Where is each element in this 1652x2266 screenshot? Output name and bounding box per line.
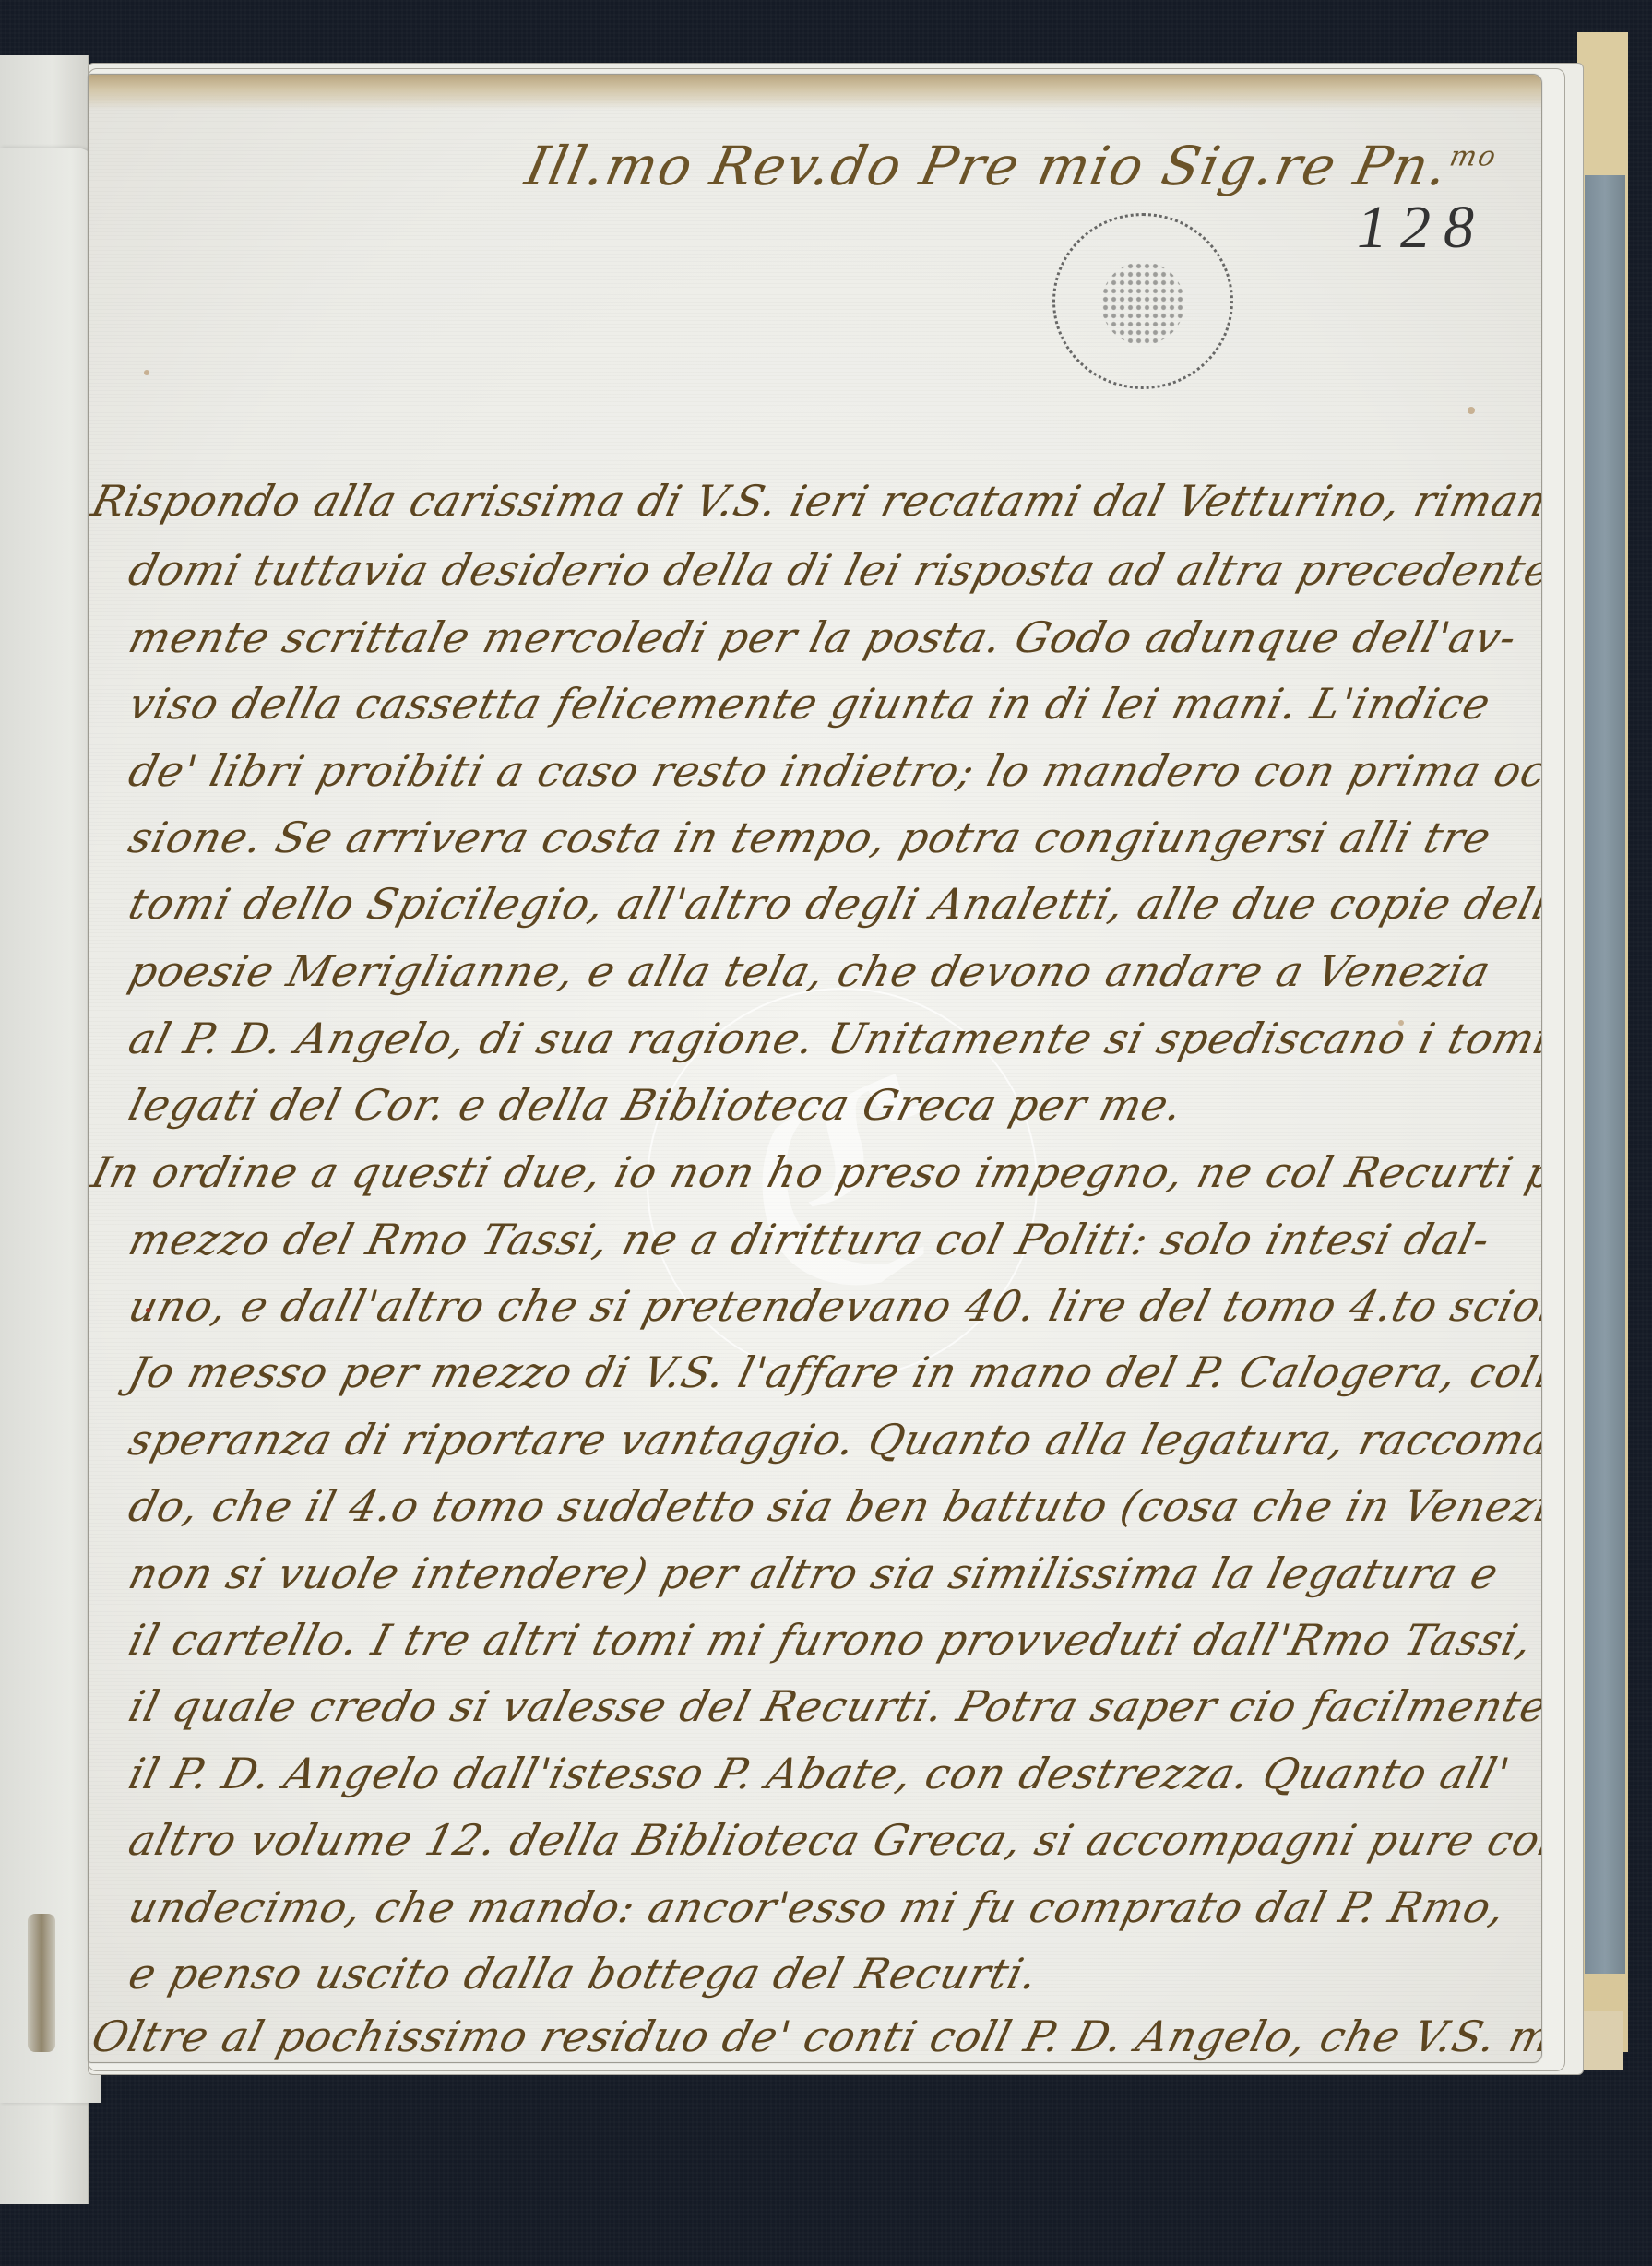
text-line: legati del Cor. e della Biblioteca Greca…	[124, 1080, 1188, 1130]
text-line: speranza di riportare vantaggio. Quanto …	[124, 1415, 1542, 1465]
text-line: il quale credo si valesse del Recurti. P…	[124, 1681, 1542, 1731]
text-line: mente scrittale mercoledi per la posta. …	[124, 612, 1522, 662]
text-line: e penso uscito dalla bottega del Recurti…	[124, 1949, 1043, 1999]
text-line: Rispondo alla carissima di V.S. ieri rec…	[88, 476, 1542, 526]
text-line: tomi dello Spicilegio, all'altro degli A…	[124, 879, 1542, 929]
library-stamp	[1052, 213, 1233, 389]
text-line: Jo messo per mezzo di V.S. l'affare in m…	[124, 1347, 1542, 1397]
salutation-text: Ill.mo Rev.do Pre mio Sig.re Pn.	[520, 135, 1456, 197]
text-line: do, che il 4.o tomo suddetto sia ben bat…	[124, 1481, 1542, 1531]
text-line: il cartello. I tre altri tomi mi furono …	[124, 1615, 1538, 1665]
text-line: de' libri proibiti a caso resto indietro…	[124, 746, 1542, 796]
salutation: Ill.mo Rev.do Pre mio Sig.re Pn.mo	[520, 135, 1502, 197]
text-line: In ordine a questi due, io non ho preso …	[88, 1147, 1542, 1197]
text-line: sione. Se arrivera costa in tempo, potra…	[124, 813, 1496, 862]
foxing-spot	[1468, 407, 1475, 414]
left-leaf-fold	[0, 148, 101, 2103]
folio-number: 128	[1357, 193, 1487, 263]
text-line: non si vuole intendere) per altro sia si…	[124, 1548, 1503, 1598]
left-water-stain	[28, 1914, 55, 2052]
text-line: il P. D. Angelo dall'istesso P. Abate, c…	[124, 1749, 1515, 1798]
text-line: domi tuttavia desiderio della di lei ris…	[124, 545, 1542, 595]
text-line: poesie Meriglianne, e alla tela, che dev…	[124, 946, 1496, 996]
text-line: viso della cassetta felicemente giunta i…	[124, 679, 1496, 729]
text-line: mezzo del Rmo Tassi, ne a dirittura col …	[124, 1215, 1495, 1264]
top-edge-stain	[89, 75, 1541, 110]
foxing-spot	[144, 370, 149, 375]
text-line: uno, e dall'altro che si pretendevano 40…	[124, 1281, 1542, 1331]
text-line: Oltre al pochissimo residuo de' conti co…	[88, 2011, 1542, 2061]
text-line: altro volume 12. della Biblioteca Greca,…	[124, 1815, 1542, 1865]
manuscript-page: Ill.mo Rev.do Pre mio Sig.re Pn.mo 128 ℭ…	[88, 74, 1542, 2063]
salutation-superscript: mo	[1447, 141, 1501, 173]
text-line: undecimo, che mando: ancor'esso mi fu co…	[124, 1882, 1511, 1932]
right-blue-backing	[1585, 175, 1625, 1974]
text-line: al P. D. Angelo, di sua ragione. Unitame…	[124, 1014, 1542, 1063]
stamp-emblem	[1101, 262, 1184, 345]
red-ink-mark	[146, 1308, 150, 1312]
